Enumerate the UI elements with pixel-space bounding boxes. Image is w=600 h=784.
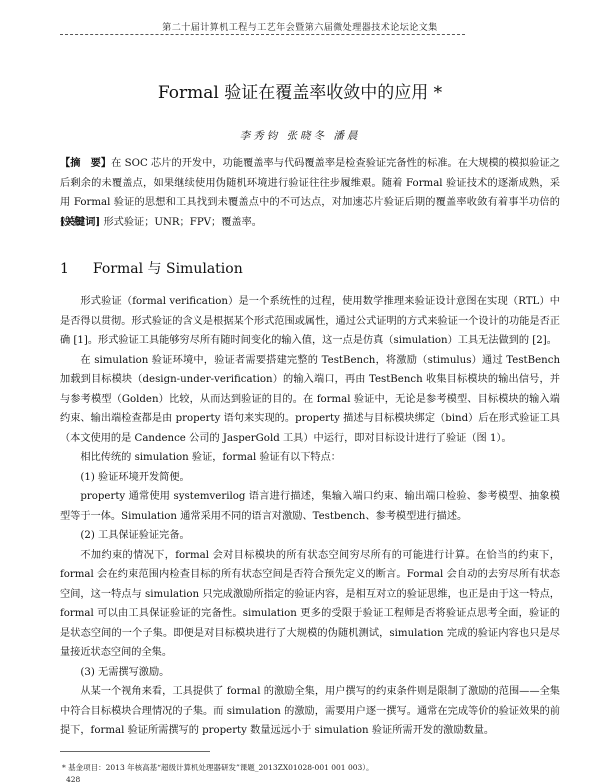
paragraph: property 通常使用 systemverilog 语言进行描述，集输入端口…	[60, 487, 560, 526]
keywords-text: 形式验证；UNR；FPV；覆盖率。	[103, 217, 262, 228]
body-text: 形式验证（formal verification）是一个系统性的过程，使用数学推…	[60, 292, 560, 741]
keywords-label: [关键词]	[60, 216, 100, 228]
section-title: Formal 与 Simulation	[93, 261, 243, 277]
running-head: 第二十届计算机工程与工艺年会暨第六届微处理器技术论坛论文集	[0, 20, 600, 33]
authors: 李秀钧 张晓冬 潘晨	[0, 128, 600, 143]
paper-title: Formal 验证在覆盖率收敛中的应用 *	[0, 78, 600, 103]
list-item: (1) 验证环境开发简便。	[60, 468, 560, 488]
footnote-divider	[60, 751, 210, 752]
list-item: (2) 工具保证验证完备。	[60, 526, 560, 546]
paragraph: 形式验证（formal verification）是一个系统性的过程，使用数学推…	[60, 292, 560, 351]
footnote: * 基金项目：2013 年核高基“超级计算机处理器研发”课题_2013ZX010…	[62, 762, 374, 773]
page-number: 428	[66, 775, 80, 784]
paragraph: 相比传统的 simulation 验证，formal 验证有以下特点：	[60, 448, 560, 468]
header-divider	[60, 34, 465, 35]
list-item: (3) 无需撰写激励。	[60, 663, 560, 683]
section-heading: 1Formal 与 Simulation	[60, 258, 243, 278]
paragraph: 从某一个视角来看，工具提供了 formal 的激励全集，用户撰写的约束条件则是限…	[60, 682, 560, 741]
abstract-label: 【摘 要】	[60, 157, 111, 169]
keywords: [关键词] 形式验证；UNR；FPV；覆盖率。	[60, 213, 560, 233]
paragraph: 在 simulation 验证环境中，验证者需要搭建完整的 TestBench，…	[60, 351, 560, 449]
section-number: 1	[60, 261, 69, 277]
paragraph: 不加约束的情况下，formal 会对目标模块的所有状态空间穷尽所有的可能进行计算…	[60, 546, 560, 663]
